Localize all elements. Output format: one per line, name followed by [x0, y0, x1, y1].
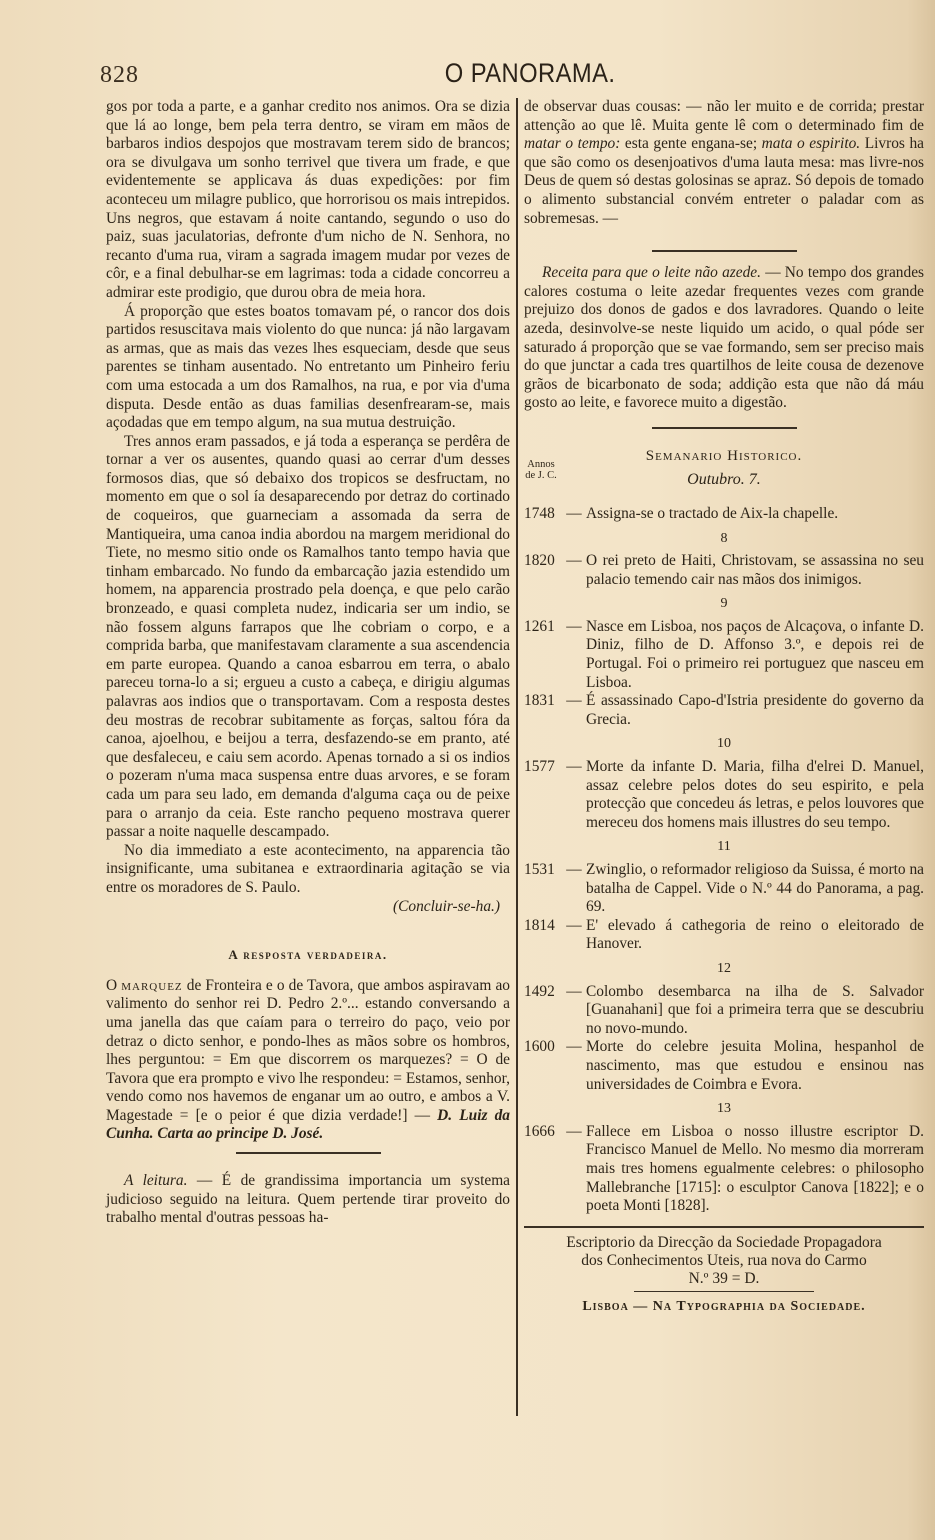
- event-year: 1820: [524, 552, 562, 589]
- printer-line: Lisboa — Na Typographia da Sociedade.: [524, 1298, 924, 1317]
- story-paragraph: gos por toda a parte, e a ganhar credito…: [106, 98, 510, 303]
- event-text: É assassinado Capo-d'Istria presidente d…: [586, 692, 924, 729]
- section-rule: [236, 1152, 381, 1154]
- publisher-office: Escriptorio da Direcção da Sociedade Pro…: [524, 1234, 924, 1288]
- event-text: Morte do celebre jesuita Molina, hespanh…: [586, 1038, 924, 1094]
- recipe-paragraph: Receita para que o leite não azede. — No…: [524, 264, 924, 413]
- calendar-day-number: 10: [524, 735, 924, 754]
- recipe-title: Receita para que o leite não azede.: [542, 264, 761, 281]
- event-year: 1261: [524, 618, 562, 692]
- event-text: Colombo desembarca na ilha de S. Salvado…: [586, 983, 924, 1039]
- section-rule: [652, 250, 797, 252]
- calendar-event: 1261—Nasce em Lisboa, nos paços de Alcaç…: [524, 618, 924, 692]
- event-year: 1666: [524, 1123, 562, 1216]
- event-year: 1831: [524, 692, 562, 729]
- calendar-day-number: 11: [524, 838, 924, 857]
- anecdote-lead-word: O: [106, 977, 117, 994]
- event-dash: —: [562, 861, 586, 917]
- right-column: de observar duas cousas: — não ler muito…: [524, 98, 924, 1317]
- section-rule: [652, 427, 797, 429]
- event-text: E' elevado á cathegoria de reino o eleit…: [586, 917, 924, 954]
- reading-text: esta gente engana-se;: [620, 135, 761, 152]
- anecdote-heading: A resposta verdadeira.: [106, 946, 510, 965]
- reading-italic: matar o tempo:: [524, 135, 620, 152]
- event-dash: —: [562, 983, 586, 1039]
- event-dash: —: [562, 552, 586, 589]
- calendar-event: 1831—É assassinado Capo-d'Istria preside…: [524, 692, 924, 729]
- calendar-event: 1814—E' elevado á cathegoria de reino o …: [524, 917, 924, 954]
- event-year: 1814: [524, 917, 562, 954]
- event-text: Morte da infante D. Maria, filha d'elrei…: [586, 758, 924, 832]
- column-divider: [516, 98, 518, 1416]
- event-dash: —: [562, 618, 586, 692]
- reading-title: A leitura.: [124, 1172, 187, 1189]
- anecdote-paragraph: O marquez de Fronteira e o de Tavora, qu…: [106, 977, 510, 1144]
- calendar-day-number: 8: [524, 530, 924, 549]
- office-line: dos Conhecimentos Uteis, rua nova do Car…: [524, 1252, 924, 1270]
- calendar-day-number: 9: [524, 595, 924, 614]
- office-line: Escriptorio da Direcção da Sociedade Pro…: [524, 1234, 924, 1252]
- event-dash: —: [562, 758, 586, 832]
- calendar-event: 1492—Colombo desembarca na ilha de S. Sa…: [524, 983, 924, 1039]
- calendar-event: 1820—O rei preto de Haiti, Christovam, s…: [524, 552, 924, 589]
- calendar-day-number: 13: [524, 1100, 924, 1119]
- calendar-event: 1531—Zwinglio, o reformador religioso da…: [524, 861, 924, 917]
- event-dash: —: [562, 505, 586, 524]
- event-text: Assigna-se o tractado de Aix-la chapelle…: [586, 505, 924, 524]
- calendar-event: 1666—Fallece em Lisboa o nosso illustre …: [524, 1123, 924, 1216]
- event-text: O rei preto de Haiti, Christovam, se ass…: [586, 552, 924, 589]
- left-column: gos por toda a parte, e a ganhar credito…: [106, 98, 510, 1228]
- reading-continued: de observar duas cousas: — não ler muito…: [524, 98, 924, 228]
- reading-paragraph: A leitura. — É de grandissima importanci…: [106, 1172, 510, 1228]
- event-year: 1748: [524, 505, 562, 524]
- to-be-continued: (Concluir-se-ha.): [106, 898, 510, 917]
- office-line: N.º 39 = D.: [524, 1270, 924, 1288]
- reading-italic: mata o espirito.: [762, 135, 860, 152]
- footer-rule: [634, 1291, 814, 1293]
- calendar-month: Outubro. 7.: [524, 471, 924, 490]
- event-text: Nasce em Lisboa, nos paços de Alcaçova, …: [586, 618, 924, 692]
- calendar-header: Annos de J. C. Semanario Historico. Outu…: [524, 447, 924, 505]
- calendar-list: 1748—Assigna-se o tractado de Aix-la cha…: [524, 505, 924, 1216]
- event-year: 1600: [524, 1038, 562, 1094]
- event-dash: —: [562, 1038, 586, 1094]
- story-paragraph: No dia immediato a este acontecimento, n…: [106, 842, 510, 898]
- newspaper-page: 828 O PANORAMA. gos por toda a parte, e …: [0, 0, 935, 1540]
- calendar-day-number: 12: [524, 960, 924, 979]
- page-number: 828: [100, 62, 139, 89]
- event-year: 1577: [524, 758, 562, 832]
- calendar-event: 1600—Morte do celebre jesuita Molina, he…: [524, 1038, 924, 1094]
- story-paragraph: Tres annos eram passados, e já toda a es…: [106, 433, 510, 842]
- calendar-event: 1748—Assigna-se o tractado de Aix-la cha…: [524, 505, 924, 524]
- anecdote-body: de Fronteira e o de Tavora, que ambos as…: [106, 977, 510, 1124]
- story-paragraph: Á proporção que estes boatos tomavam pé,…: [106, 303, 510, 433]
- recipe-body: — No tempo dos grandes calores costuma o…: [524, 264, 924, 411]
- event-text: Zwinglio, o reformador religioso da Suis…: [586, 861, 924, 917]
- event-year: 1492: [524, 983, 562, 1039]
- event-dash: —: [562, 917, 586, 954]
- footer-rule: [524, 1226, 924, 1228]
- calendar-title: Semanario Historico.: [524, 447, 924, 466]
- event-year: 1531: [524, 861, 562, 917]
- event-dash: —: [562, 692, 586, 729]
- reading-text: de observar duas cousas: — não ler muito…: [524, 98, 924, 134]
- anecdote-lead-smallcaps: marquez: [121, 977, 182, 994]
- calendar-event: 1577—Morte da infante D. Maria, filha d'…: [524, 758, 924, 832]
- page-header: 828 O PANORAMA.: [100, 58, 925, 92]
- event-text: Fallece em Lisboa o nosso illustre escri…: [586, 1123, 924, 1216]
- journal-title: O PANORAMA.: [150, 58, 876, 89]
- event-dash: —: [562, 1123, 586, 1216]
